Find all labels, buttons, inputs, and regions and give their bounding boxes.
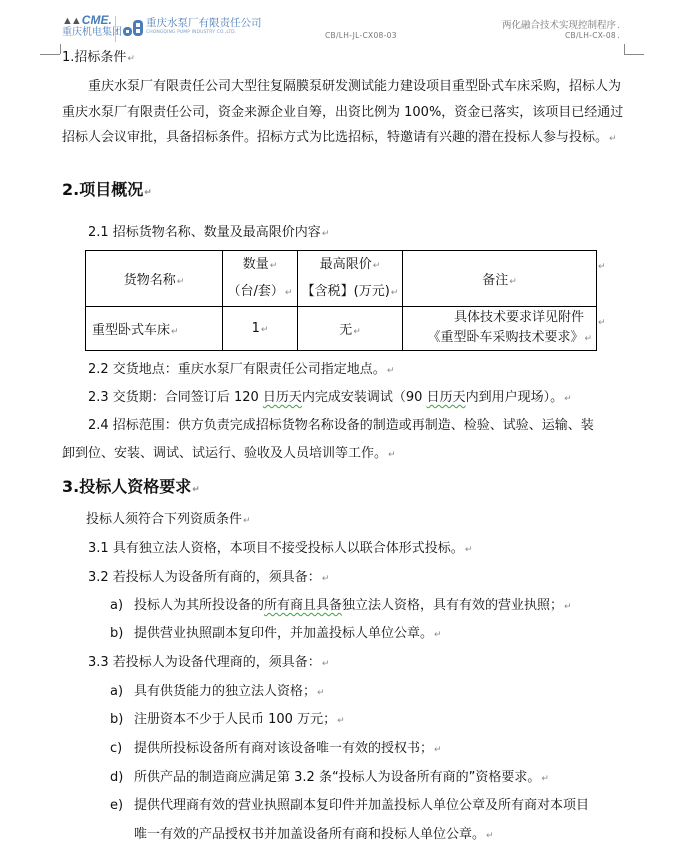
section3-1: 3.1 具有独立法人资格，本项目不接受投标人以联合体形式投标。↵ bbox=[88, 541, 472, 558]
company-name-cn: 重庆水泵厂有限责任公司 bbox=[146, 17, 262, 29]
header-price-line2: 【含税】(万元) bbox=[302, 284, 390, 299]
list-item: b)注册资本不少于人民币 100 万元；↵ bbox=[110, 712, 345, 729]
header-cell-name: 货物名称↵ bbox=[86, 251, 223, 307]
cell-quantity: 1↵ bbox=[223, 307, 298, 351]
document-code: CB/LH-JL-CX08-03 bbox=[325, 31, 397, 40]
section2-title-text: 2.项目概况 bbox=[62, 180, 143, 199]
section2-1-text: 2.1 招标货物名称、数量及最高限价内容 bbox=[88, 225, 321, 240]
remark-line2: 《重型卧车采购技术要求》 bbox=[427, 330, 583, 345]
paragraph-mark: ↵ bbox=[171, 327, 179, 337]
cme-logo-text: CME. bbox=[82, 13, 112, 27]
chongqing-pump-logo-icon bbox=[122, 18, 144, 38]
paragraph-mark: ↵ bbox=[541, 774, 549, 784]
list-item: a)投标人为其所投设备的所有商且具备独立法人资格，具有有效的营业执照；↵ bbox=[110, 598, 572, 615]
header-cell-max-price: 最高限价↵ 【含税】(万元)↵ bbox=[298, 251, 403, 307]
quantity-text: 1 bbox=[252, 321, 260, 336]
list-label: b) bbox=[110, 712, 134, 728]
paragraph-mark: ↵ bbox=[317, 688, 325, 698]
header-cell-remark: 备注↵ bbox=[403, 251, 597, 307]
list-label: b) bbox=[110, 626, 134, 642]
procedure-code-text: CB/LH-CX-08 bbox=[565, 31, 616, 40]
crop-mark-right bbox=[624, 48, 644, 55]
list-text: 具有供货能力的独立法人资格； bbox=[134, 684, 316, 699]
list-text: 独立法人资格，具有有效的营业执照； bbox=[342, 598, 563, 613]
section3-intro-text: 投标人须符合下列资质条件 bbox=[86, 512, 242, 527]
spellcheck-underline: 所有商且具备 bbox=[264, 598, 342, 613]
paragraph-mark: ↵ bbox=[322, 659, 330, 669]
procedure-code: CB/LH-CX-08. bbox=[565, 31, 620, 41]
section2-4-line1: 2.4 招标范围：供方负责完成招标货物名称设备的制造或再制造、检验、试验、运输、… bbox=[88, 418, 594, 434]
list-text: 提供代理商有效的营业执照副本复印件并加盖投标人单位公章及所有商对本项目 bbox=[134, 798, 589, 813]
section2-3-pre: 2.3 交货期：合同签订后 120 bbox=[88, 390, 263, 405]
paragraph-mark: ↵ bbox=[509, 277, 517, 287]
paragraph-mark: ↵ bbox=[322, 574, 330, 584]
section2-3: 2.3 交货期：合同签订后 120 日历天内完成安装调试（90 日历天内到用户现… bbox=[88, 390, 572, 407]
paragraph-mark: ↵ bbox=[584, 334, 592, 344]
paragraph-mark: ↵ bbox=[391, 288, 399, 298]
section2-4-line2-text: 卸到位、安装、调试、试运行、验收及人员培训等工作。 bbox=[62, 446, 387, 461]
list-item-continuation: 唯一有效的产品授权书并加盖设备所有商和投标人单位公章。↵ bbox=[134, 827, 494, 844]
list-text: 投标人为其所投设备的 bbox=[134, 598, 264, 613]
section1-title: 1.招标条件↵ bbox=[62, 50, 135, 67]
spellcheck-underline: 日历天 bbox=[263, 390, 302, 405]
section3-2: 3.2 若投标人为设备所有商的，须具备：↵ bbox=[88, 570, 329, 587]
crop-mark-right-v bbox=[624, 44, 625, 54]
remark-line1: 具体技术要求详见附件 bbox=[403, 308, 592, 328]
paragraph-mark: ↵ bbox=[465, 545, 473, 555]
row-end-mark: ↵ bbox=[598, 262, 606, 272]
paragraph-mark: ↵ bbox=[261, 325, 269, 335]
row-end-mark: ↵ bbox=[598, 318, 606, 328]
section3-title-text: 3.投标人资格要求 bbox=[62, 477, 191, 496]
paragraph-mark: ↵ bbox=[434, 745, 442, 755]
header-price-line1: 最高限价 bbox=[320, 257, 372, 272]
list-item: d)所供产品的制造商应满足第 3.2 条“投标人为设备所有商的”资格要求。↵ bbox=[110, 770, 549, 787]
section2-title: 2.项目概况↵ bbox=[62, 180, 152, 203]
section3-3: 3.3 若投标人为设备代理商的，须具备：↵ bbox=[88, 655, 329, 672]
paragraph-mark: ↵ bbox=[609, 134, 617, 144]
paragraph-mark: ↵ bbox=[192, 485, 200, 495]
list-item: b)提供营业执照副本复印件，并加盖投标人单位公章。↵ bbox=[110, 626, 442, 643]
section1-title-text: 1.招标条件 bbox=[62, 50, 126, 65]
spellcheck-underline: 日历天 bbox=[427, 390, 466, 405]
list-item: c)提供所投标设备所有商对该设备唯一有效的授权书；↵ bbox=[110, 741, 442, 758]
goods-table: 货物名称↵ 数量↵ （台/套）↵ 最高限价↵ 【含税】(万元)↵ 备注↵ 重型卧… bbox=[85, 250, 597, 351]
section3-intro: 投标人须符合下列资质条件↵ bbox=[86, 512, 251, 529]
list-label: d) bbox=[110, 770, 134, 786]
paragraph-mark: . bbox=[617, 31, 620, 41]
cme-triangle-icon: ▲▲ bbox=[62, 15, 80, 27]
list-text: 提供所投标设备所有商对该设备唯一有效的授权书； bbox=[134, 741, 433, 756]
section1-paragraph: 重庆水泵厂有限责任公司大型往复隔膜泵研发测试能力建设项目重型卧式车床采购，招标人… bbox=[62, 74, 628, 153]
paragraph-mark: . bbox=[617, 21, 620, 31]
section3-title: 3.投标人资格要求↵ bbox=[62, 477, 200, 500]
list-label: a) bbox=[110, 598, 134, 614]
section2-3-mid: 内完成安装调试（90 bbox=[302, 390, 427, 405]
logo-divider bbox=[115, 16, 116, 42]
cell-max-price: 无↵ bbox=[298, 307, 403, 351]
paragraph-mark: ↵ bbox=[486, 831, 494, 841]
paragraph-mark: ↵ bbox=[243, 516, 251, 526]
section2-1-title: 2.1 招标货物名称、数量及最高限价内容↵ bbox=[88, 225, 329, 242]
paragraph-mark: ↵ bbox=[177, 277, 185, 287]
paragraph-mark: ↵ bbox=[322, 229, 330, 239]
item-name-text: 重型卧式车床 bbox=[92, 323, 170, 338]
table-row: 重型卧式车床↵ 1↵ 无↵ 具体技术要求详见附件 《重型卧车采购技术要求》↵ bbox=[86, 307, 597, 351]
paragraph-mark: ↵ bbox=[564, 602, 572, 612]
header-remark-text: 备注 bbox=[482, 273, 508, 288]
crop-mark-left bbox=[40, 48, 60, 55]
section2-2: 2.2 交货地点：重庆水泵厂有限责任公司指定地点。↵ bbox=[88, 362, 394, 379]
section3-2-text: 3.2 若投标人为设备所有商的，须具备： bbox=[88, 570, 321, 585]
paragraph-mark: ↵ bbox=[353, 327, 361, 337]
list-text: 提供营业执照副本复印件，并加盖投标人单位公章。 bbox=[134, 626, 433, 641]
paragraph-mark: ↵ bbox=[285, 288, 293, 298]
header-quantity-line1: 数量 bbox=[243, 257, 269, 272]
paragraph-mark: ↵ bbox=[144, 188, 152, 198]
table-header-row: 货物名称↵ 数量↵ （台/套）↵ 最高限价↵ 【含税】(万元)↵ 备注↵ bbox=[86, 251, 597, 307]
list-label: a) bbox=[110, 684, 134, 700]
paragraph-mark: ↵ bbox=[373, 261, 381, 271]
list-label: e) bbox=[110, 798, 134, 814]
cell-item-name: 重型卧式车床↵ bbox=[86, 307, 223, 351]
list-item: a)具有供货能力的独立法人资格；↵ bbox=[110, 684, 325, 701]
paragraph-mark: ↵ bbox=[387, 366, 395, 376]
section3-3-text: 3.3 若投标人为设备代理商的，须具备： bbox=[88, 655, 321, 670]
procedure-title: 两化融合技术实现控制程序. bbox=[502, 17, 620, 31]
section3-1-text: 3.1 具有独立法人资格，本项目不接受投标人以联合体形式投标。 bbox=[88, 541, 464, 556]
max-price-text: 无 bbox=[339, 323, 352, 338]
section2-4-line2: 卸到位、安装、调试、试运行、验收及人员培训等工作。↵ bbox=[62, 446, 396, 463]
list-item: e)提供代理商有效的营业执照副本复印件并加盖投标人单位公章及所有商对本项目 bbox=[110, 798, 589, 814]
header-name-text: 货物名称 bbox=[124, 273, 176, 288]
paragraph-mark: ↵ bbox=[564, 394, 572, 404]
section2-3-post: 内到用户现场）。 bbox=[466, 390, 564, 405]
list-label: c) bbox=[110, 741, 134, 757]
section1-paragraph-text: 重庆水泵厂有限责任公司大型往复隔膜泵研发测试能力建设项目重型卧式车床采购，招标人… bbox=[62, 79, 623, 145]
paragraph-mark: ↵ bbox=[388, 450, 396, 460]
procedure-title-text: 两化融合技术实现控制程序 bbox=[502, 20, 616, 31]
paragraph-mark: ↵ bbox=[434, 630, 442, 640]
section2-2-text: 2.2 交货地点：重庆水泵厂有限责任公司指定地点。 bbox=[88, 362, 386, 377]
paragraph-mark: ↵ bbox=[270, 261, 278, 271]
cell-remark: 具体技术要求详见附件 《重型卧车采购技术要求》↵ bbox=[403, 307, 597, 351]
header-cell-quantity: 数量↵ （台/套）↵ bbox=[223, 251, 298, 307]
paragraph-mark: ↵ bbox=[337, 716, 345, 726]
crop-mark-left-v bbox=[60, 44, 61, 54]
list-text: 所供产品的制造商应满足第 3.2 条“投标人为设备所有商的”资格要求。 bbox=[134, 770, 540, 785]
header-quantity-line2: （台/套） bbox=[228, 284, 284, 299]
list-text: 注册资本不少于人民币 100 万元； bbox=[134, 712, 336, 727]
paragraph-mark: ↵ bbox=[127, 54, 135, 64]
company-name-en: CHONGQING PUMP INDUSTRY CO.,LTD. bbox=[146, 30, 236, 36]
list-text: 唯一有效的产品授权书并加盖设备所有商和投标人单位公章。 bbox=[134, 827, 485, 842]
